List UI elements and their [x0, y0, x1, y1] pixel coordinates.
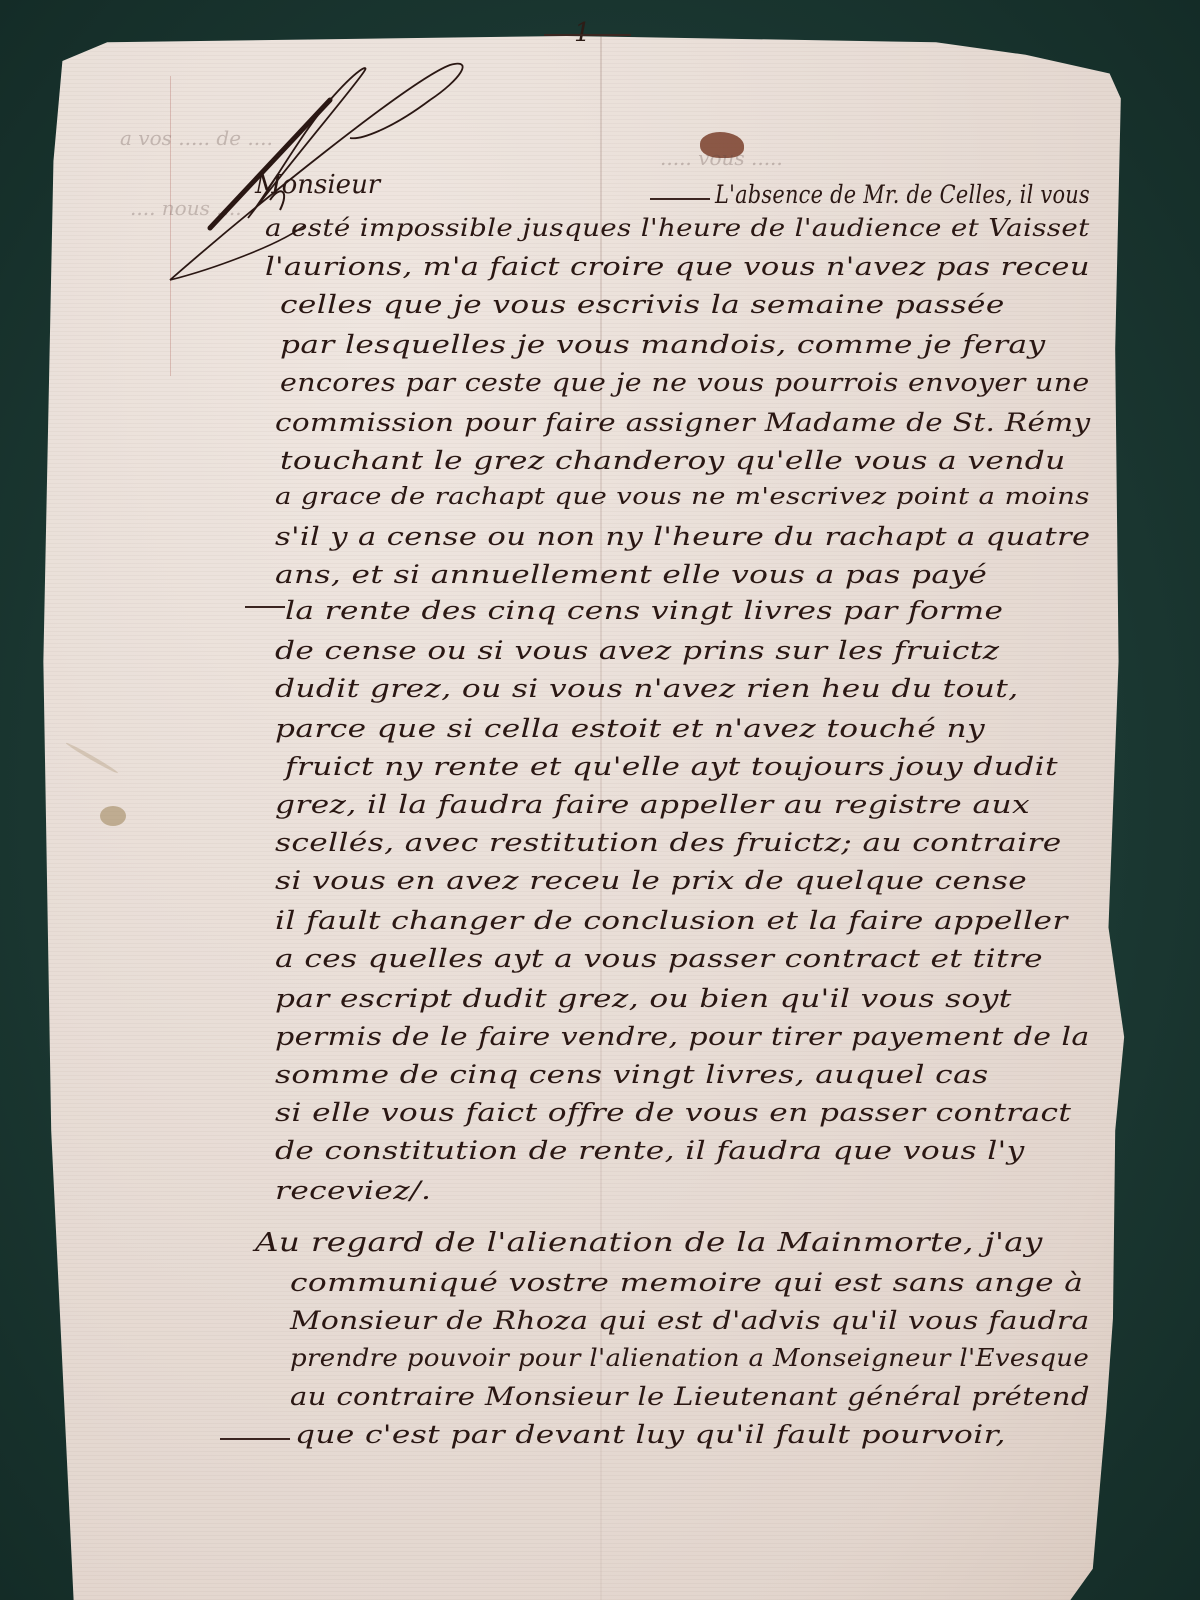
text-line: que c'est par devant luy qu'il fault pou…: [295, 1420, 1006, 1449]
text-line: communiqué vostre memoire qui est sans a…: [290, 1268, 1083, 1297]
text-line: commission pour faire assigner Madame de…: [275, 408, 1091, 437]
text-line: s'il y a cense ou non ny l'heure du rach…: [275, 522, 1090, 551]
text-line: somme de cinq cens vingt livres, auquel …: [275, 1060, 988, 1089]
text-line: a grace de rachapt que vous ne m'escrive…: [275, 484, 1090, 510]
text-line: par lesquelles je vous mandois, comme je…: [280, 330, 1046, 359]
text-line: parce que si cella estoit et n'avez touc…: [275, 714, 985, 743]
text-line: par escript dudit grez, ou bien qu'il vo…: [275, 984, 1012, 1013]
text-line: ans, et si annuellement elle vous a pas …: [275, 560, 987, 589]
bleed-through-text: ..... vous .....: [660, 146, 783, 170]
text-line: la rente des cinq cens vingt livres par …: [285, 596, 1003, 625]
text-line: touchant le grez chanderoy qu'elle vous …: [280, 446, 1066, 475]
text-line: Monsieur de Rhoza qui est d'advis qu'il …: [290, 1306, 1090, 1335]
text-line: a ces quelles ayt a vous passer contract…: [275, 944, 1043, 973]
text-line: au contraire Monsieur le Lieutenant géné…: [290, 1382, 1090, 1411]
text-line: prendre pouvoir pour l'alienation a Mons…: [290, 1344, 1089, 1372]
text-line: celles que je vous escrivis la semaine p…: [280, 290, 1005, 319]
text-line: encores par ceste que je ne vous pourroi…: [280, 368, 1090, 397]
text-line: si elle vous faict offre de vous en pass…: [275, 1098, 1071, 1127]
text-line: a esté impossible jusques l'heure de l'a…: [265, 214, 1090, 242]
text-line: Au regard de l'alienation de la Mainmort…: [255, 1228, 1043, 1258]
text-line: grez, il la faudra faire appeller au reg…: [275, 790, 1030, 819]
bleed-through-text: a vos ..... de ....: [120, 126, 273, 150]
text-line: dudit grez, ou si vous n'avez rien heu d…: [275, 674, 1019, 703]
bleed-through-text: .... nous ....: [130, 196, 242, 220]
page-number: 1: [574, 18, 591, 48]
stain-streak: [65, 741, 119, 774]
text-line: receviez/.: [275, 1176, 431, 1205]
stain-left-margin: [100, 806, 126, 826]
text-line: de constitution de rente, il faudra que …: [275, 1136, 1025, 1165]
text-line: scellés, avec restitution des fruictz; a…: [275, 828, 1062, 857]
text-line: L'absence de Mr. de Celles, il vous: [715, 180, 1090, 209]
line-filler: [245, 606, 285, 608]
text-line: il fault changer de conclusion et la fai…: [275, 906, 1068, 935]
line-filler: [650, 198, 710, 200]
text-line: l'aurions, m'a faict croire que vous n'a…: [265, 252, 1090, 281]
text-line: fruict ny rente et qu'elle ayt toujours …: [285, 752, 1058, 781]
margin-rule: [170, 76, 171, 376]
text-line: permis de le faire vendre, pour tirer pa…: [275, 1022, 1090, 1051]
salutation: Monsieur: [255, 170, 380, 200]
text-line: si vous en avez receu le prix de quelque…: [275, 866, 1027, 895]
line-filler: [220, 1438, 290, 1440]
text-line: de cense ou si vous avez prins sur les f…: [275, 636, 1000, 665]
